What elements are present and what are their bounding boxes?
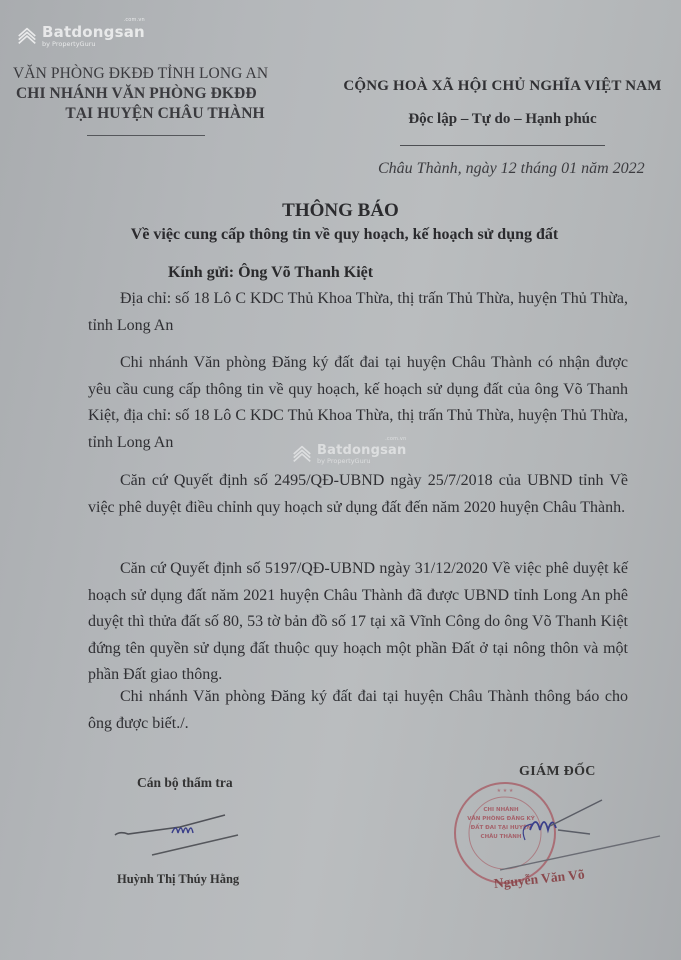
reviewer-signature-icon (110, 805, 250, 865)
agency-line-3: TẠI HUYỆN CHÂU THÀNH (10, 104, 320, 124)
batdongsan-logo-icon (291, 443, 313, 465)
body-paragraph-address: Địa chỉ: số 18 Lô C KDC Thủ Khoa Thừa, t… (88, 286, 628, 339)
watermark-byline: by PropertyGuru (317, 458, 406, 465)
body-paragraph-closing: Chi nhánh Văn phòng Đăng ký đất đai tại … (88, 684, 628, 737)
watermark-center: Batdongsan.com.vn by PropertyGuru (291, 443, 406, 465)
motto-underline (400, 145, 605, 146)
reviewer-role: Cán bộ thẩm tra (137, 775, 233, 791)
recipient: Kính gửi: Ông Võ Thanh Kiệt (168, 264, 373, 282)
watermark-brand: Batdongsan.com.vn (42, 25, 145, 40)
issuing-agency: VĂN PHÒNG ĐKĐĐ TỈNH LONG AN CHI NHÁNH VĂ… (10, 64, 320, 124)
place-and-date: Châu Thành, ngày 12 tháng 01 năm 2022 (378, 160, 645, 178)
body-paragraph-request: Chi nhánh Văn phòng Đăng ký đất đai tại … (88, 350, 628, 456)
body-paragraph-decision-2495: Căn cứ Quyết định số 2495/QĐ-UBND ngày 2… (88, 468, 628, 521)
document-photo: Batdongsan.com.vn by PropertyGuru VĂN PH… (0, 0, 681, 960)
document-subject: Về việc cung cấp thông tin về quy hoạch,… (0, 226, 681, 244)
reviewer-name: Huỳnh Thị Thúy Hằng (117, 872, 239, 887)
agency-line-1: VĂN PHÒNG ĐKĐĐ TỈNH LONG AN (10, 64, 320, 84)
seal-text: CHI NHÁNH VĂN PHÒNG ĐĂNG KÝ ĐẤT ĐAI TẠI … (466, 806, 536, 842)
body-paragraph-decision-5197: Căn cứ Quyết định số 5197/QĐ-UBND ngày 3… (88, 556, 628, 689)
agency-line-2: CHI NHÁNH VĂN PHÒNG ĐKĐĐ (10, 84, 320, 104)
national-motto: Độc lập – Tự do – Hạnh phúc (330, 111, 675, 128)
watermark-brand: Batdongsan.com.vn (317, 444, 406, 457)
svg-text:★ ★ ★: ★ ★ ★ (497, 788, 514, 794)
batdongsan-logo-icon (16, 25, 38, 47)
watermark-top: Batdongsan.com.vn by PropertyGuru (16, 25, 145, 48)
national-header: CỘNG HOÀ XÃ HỘI CHỦ NGHĨA VIỆT NAM Độc l… (330, 78, 675, 128)
nation-name: CỘNG HOÀ XÃ HỘI CHỦ NGHĨA VIỆT NAM (330, 78, 675, 95)
document-title: THÔNG BÁO (0, 200, 681, 222)
agency-underline (87, 135, 205, 136)
watermark-byline: by PropertyGuru (42, 41, 145, 48)
